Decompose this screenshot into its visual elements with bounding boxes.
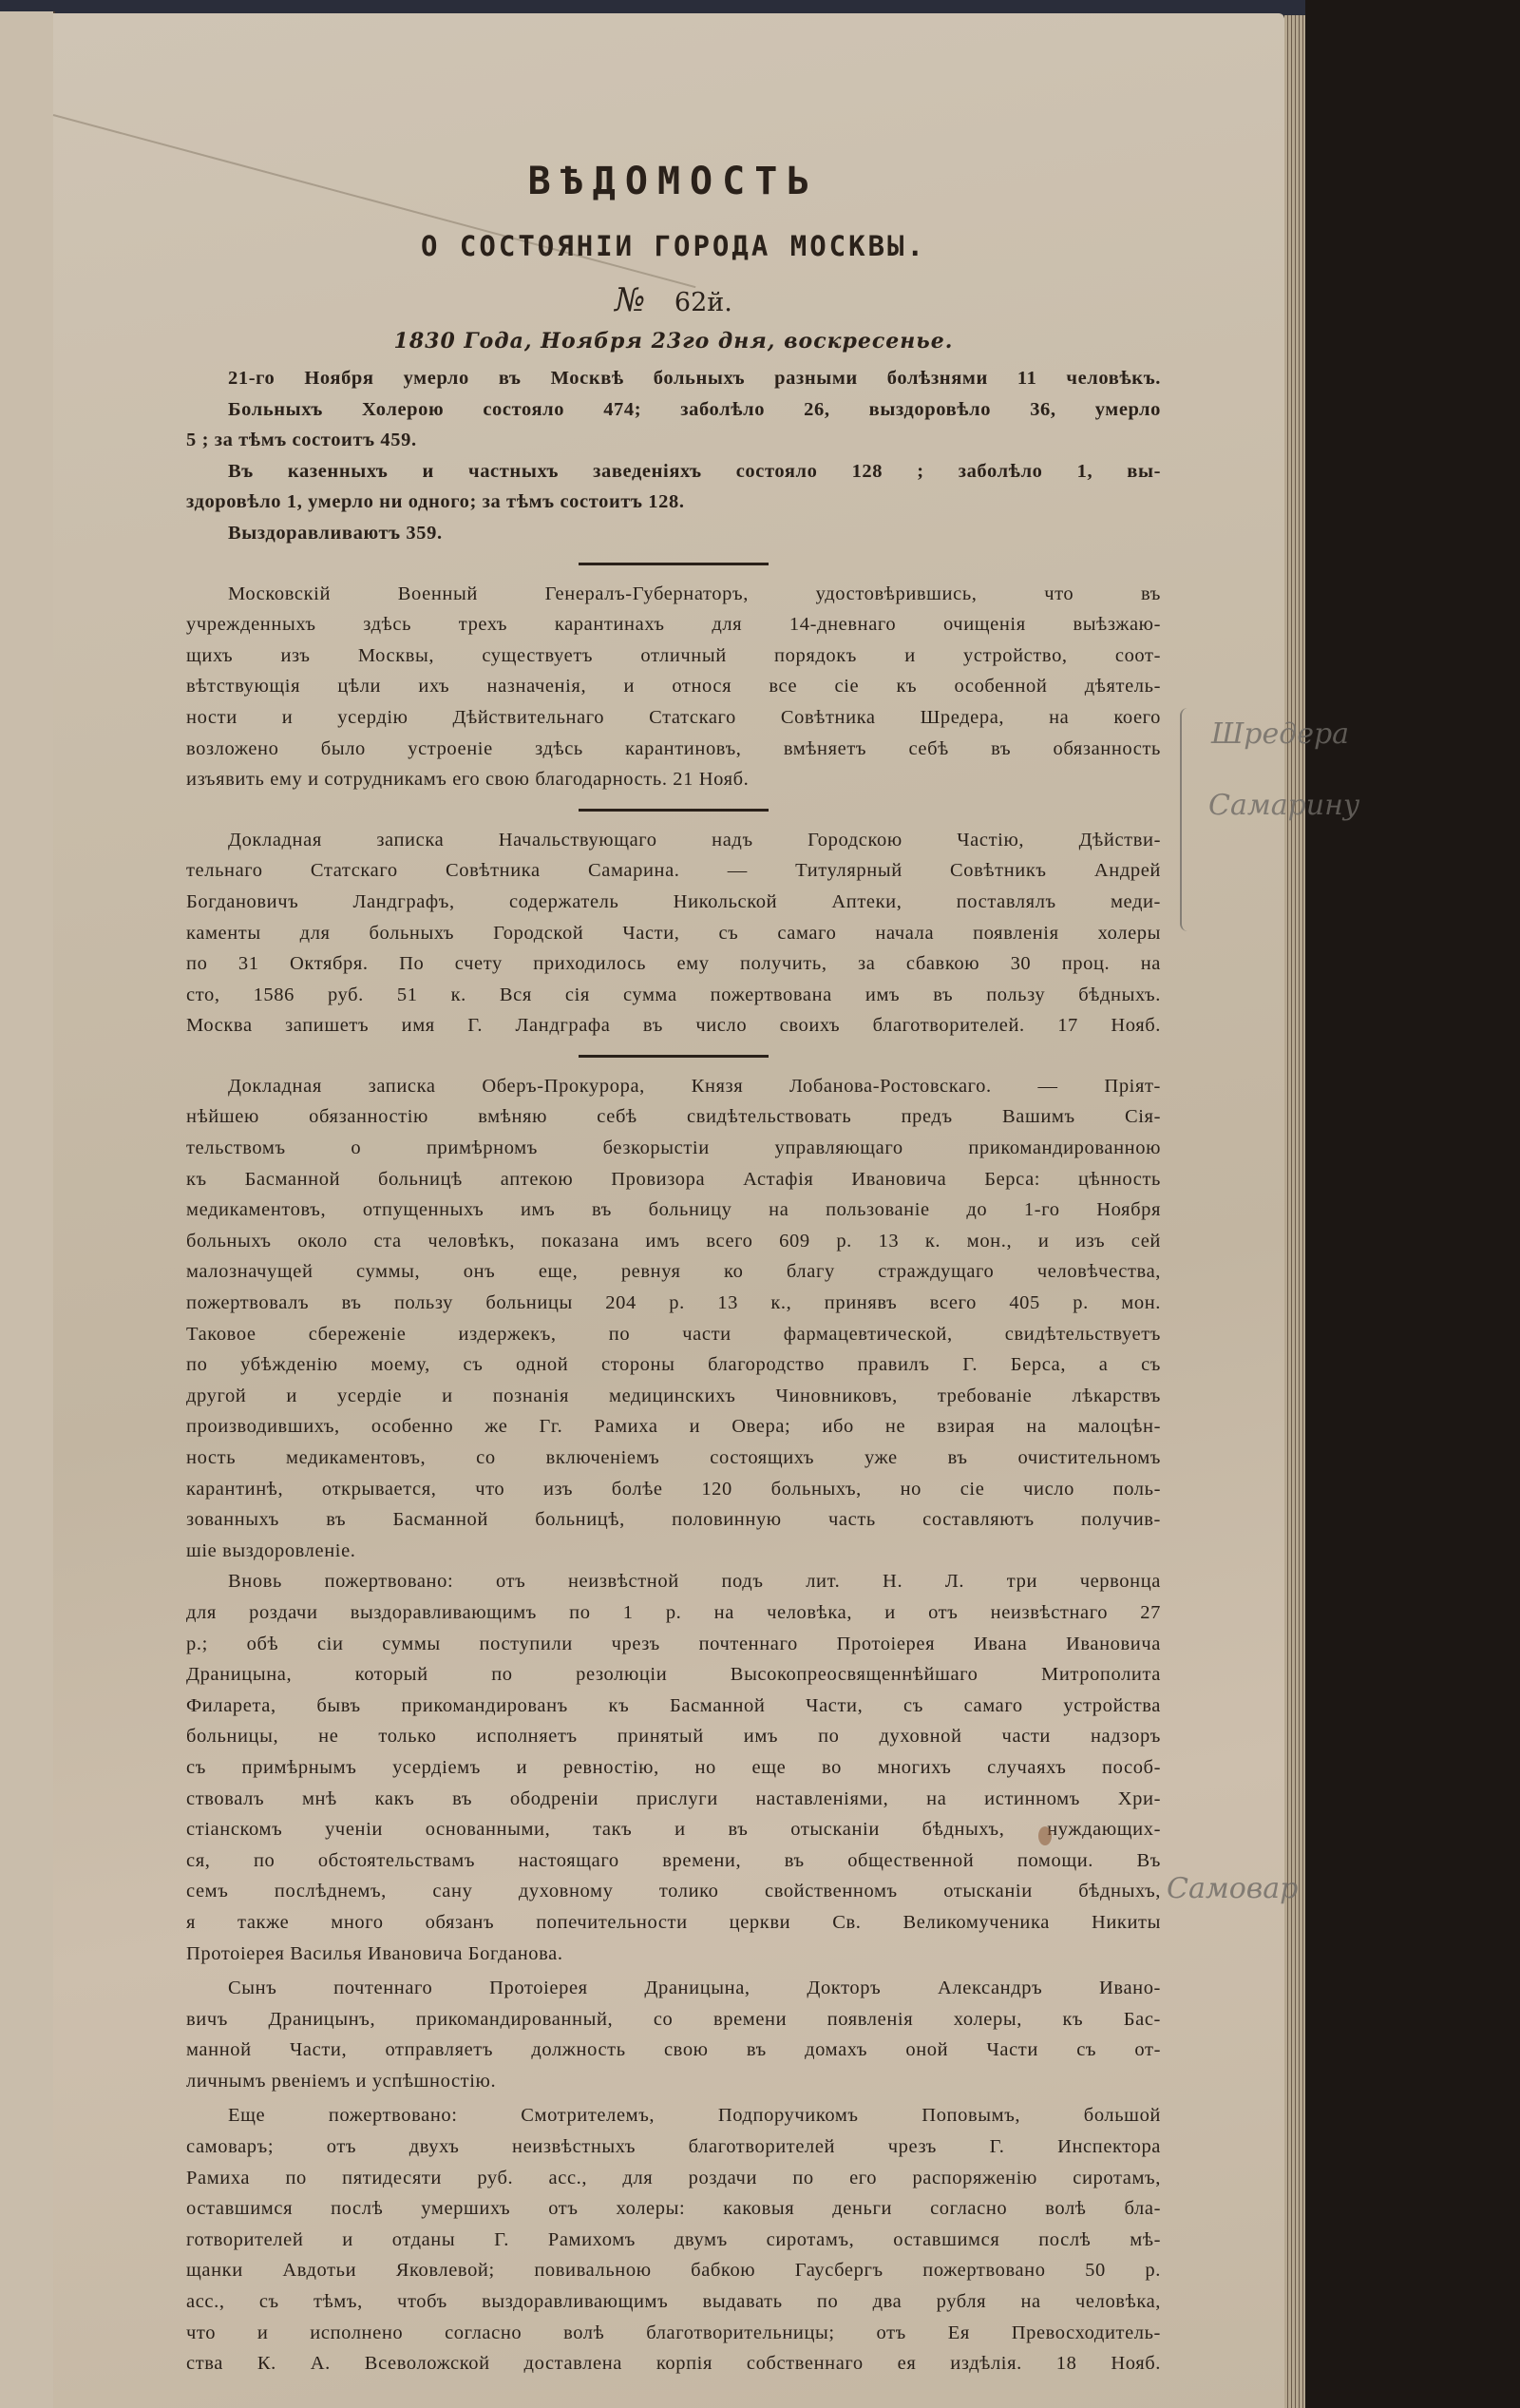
- masthead-subtitle: О СОСТОЯНІИ ГОРОДА МОСКВЫ.: [186, 230, 1161, 270]
- article-line: тельствомъ о примѣрномъ безкорыстіи упра…: [186, 1133, 1161, 1164]
- article-line: Московскій Военный Генералъ-Губернаторъ,…: [186, 579, 1161, 610]
- bulletin-line: 21-го Ноября умерло въ Москвѣ больныхъ р…: [186, 363, 1161, 394]
- article-line: больницы, не только исполняетъ принятый …: [186, 1721, 1161, 1752]
- bulletin-line: Въ казенныхъ и частныхъ заведеніяхъ сост…: [186, 456, 1161, 487]
- margin-note-pencil: Шредера: [1211, 717, 1349, 751]
- article-line: зованныхъ въ Басманной больницѣ, половин…: [186, 1504, 1161, 1536]
- article-line: личнымъ рвеніемъ и успѣшностію.: [186, 2066, 1161, 2097]
- article-line: сто, 1586 руб. 51 к. Вся сія сумма пожер…: [186, 980, 1161, 1011]
- article-more-donations: Еще пожертвовано: Смотрителемъ, Подпоруч…: [186, 2100, 1161, 2379]
- page-stack-edge: [1284, 15, 1305, 2408]
- article-samarin: Докладная записка Начальствующаго надъ Г…: [186, 825, 1161, 1042]
- bulletin-block: 21-го Ноября умерло въ Москвѣ больныхъ р…: [186, 363, 1161, 549]
- article-line: пожертвовалъ въ пользу больницы 204 р. 1…: [186, 1288, 1161, 1319]
- article-line: ся, по обстоятельствамъ настоящаго време…: [186, 1845, 1161, 1877]
- article-line: щанки Авдотьи Яковлевой; повивальною баб…: [186, 2255, 1161, 2286]
- article-line: Драницына, который по резолюціи Высокопр…: [186, 1659, 1161, 1691]
- margin-note-pencil: Самовар: [1167, 1872, 1298, 1905]
- article-line: Сынъ почтеннаго Протоіерея Драницына, До…: [186, 1973, 1161, 2004]
- article-line: р.; обѣ сіи суммы поступили чрезъ почтен…: [186, 1629, 1161, 1660]
- issue-number: № 62й.: [186, 281, 1161, 317]
- margin-note-pencil: Самарину: [1208, 789, 1359, 822]
- article-line: готворителей и отданы Г. Рамихомъ двумъ …: [186, 2225, 1161, 2256]
- article-line: Филарета, бывъ прикомандированъ къ Басма…: [186, 1691, 1161, 1722]
- article-line: Еще пожертвовано: Смотрителемъ, Подпоруч…: [186, 2100, 1161, 2131]
- article-line: медикаментовъ, отпущенныхъ имъ въ больни…: [186, 1194, 1161, 1226]
- article-line: учрежденныхъ здѣсь трехъ карантинахъ для…: [186, 609, 1161, 640]
- article-line: вѣтствующія цѣли ихъ назначенія, и относ…: [186, 671, 1161, 702]
- issue-number-value: 62й.: [674, 288, 732, 317]
- article-line: оставшимся послѣ умершихъ отъ холеры: ка…: [186, 2193, 1161, 2225]
- article-line: стіанскомъ ученіи основанными, такъ и въ…: [186, 1814, 1161, 1845]
- article-line: ность медикаментовъ, со включеніемъ сост…: [186, 1443, 1161, 1474]
- article-line: карантинѣ, открывается, что изъ болѣе 12…: [186, 1474, 1161, 1505]
- article-governor: Московскій Военный Генералъ-Губернаторъ,…: [186, 579, 1161, 795]
- document-body: ВѢДОМОСТЬ О СОСТОЯНІИ ГОРОДА МОСКВЫ. № 6…: [186, 143, 1161, 2379]
- article-line: тельнаго Статскаго Совѣтника Самарина. —…: [186, 855, 1161, 887]
- article-line: что и исполнено согласно волѣ благотвори…: [186, 2318, 1161, 2349]
- article-line: ства К. А. Всеволожской доставлена корпі…: [186, 2348, 1161, 2379]
- section-divider: [579, 809, 769, 812]
- article-line: для роздачи выздоравливающимъ по 1 р. на…: [186, 1597, 1161, 1629]
- facing-page-edge: [0, 11, 55, 2408]
- article-line: изъявить ему и сотрудникамъ его свою бла…: [186, 764, 1161, 795]
- bulletin-line: 5 ; за тѣмъ состоитъ 459.: [186, 425, 1161, 456]
- article-line: малозначущей суммы, онъ еще, ревнуя ко б…: [186, 1256, 1161, 1288]
- article-line: Рамиха по пятидесяти руб. асс., для розд…: [186, 2163, 1161, 2194]
- article-line: Вновь пожертвовано: отъ неизвѣстной подъ…: [186, 1566, 1161, 1597]
- article-line: съ примѣрнымъ усердіемъ и ревностію, но …: [186, 1752, 1161, 1784]
- bulletin-line: Выздоравливаютъ 359.: [186, 518, 1161, 549]
- article-line: нѣйшею обязанностію вмѣняю себѣ свидѣтел…: [186, 1101, 1161, 1133]
- article-line: манной Части, отправляетъ должность свою…: [186, 2035, 1161, 2066]
- bulletin-line: Больныхъ Холерою состояло 474; заболѣло …: [186, 394, 1161, 426]
- pencil-bracket: [1180, 708, 1191, 931]
- article-line: производившихъ, особенно же Гг. Рамиха и…: [186, 1411, 1161, 1443]
- article-line: семъ послѣднемъ, сану духовному толико с…: [186, 1876, 1161, 1907]
- article-line: Таковое сбереженіе издержекъ, по части ф…: [186, 1319, 1161, 1350]
- article-line: Богдановичъ Ландграфъ, содержатель Никол…: [186, 887, 1161, 918]
- article-line: Москва запишетъ имя Г. Ландграфа въ числ…: [186, 1010, 1161, 1042]
- article-dranitsyn: Сынъ почтеннаго Протоіерея Драницына, До…: [186, 1973, 1161, 2096]
- number-sign: №: [615, 281, 645, 319]
- article-line: по убѣжденію моему, съ одной стороны бла…: [186, 1349, 1161, 1381]
- section-divider: [579, 1055, 769, 1058]
- article-line: возложено было устроеніе здѣсь карантино…: [186, 734, 1161, 765]
- article-line: самоваръ; отъ двухъ неизвѣстныхъ благотв…: [186, 2131, 1161, 2163]
- article-line: по 31 Октября. По счету приходилось ему …: [186, 948, 1161, 980]
- section-divider: [579, 563, 769, 565]
- article-line: Докладная записка Оберъ-Прокурора, Князя…: [186, 1071, 1161, 1102]
- bulletin-line: здоровѣло 1, умерло ни одного; за тѣмъ с…: [186, 487, 1161, 518]
- article-line: ствовалъ мнѣ какъ въ ободреніи прислуги …: [186, 1784, 1161, 1815]
- article-donations: Вновь пожертвовано: отъ неизвѣстной подъ…: [186, 1566, 1161, 1969]
- article-line: другой и усердіе и познанія медицинскихъ…: [186, 1381, 1161, 1412]
- article-line: я также много обязанъ попечительности це…: [186, 1907, 1161, 1939]
- scan-background-right: [1305, 0, 1520, 2408]
- article-line: шіе выздоровленіе.: [186, 1536, 1161, 1567]
- article-line: Докладная записка Начальствующаго надъ Г…: [186, 825, 1161, 856]
- article-line: ности и усердію Дѣйствительнаго Статскаг…: [186, 702, 1161, 734]
- article-line: больныхъ около ста человѣкъ, показана им…: [186, 1226, 1161, 1257]
- article-line: щихъ изъ Москвы, существуетъ отличный по…: [186, 640, 1161, 672]
- article-line: Протоіерея Василья Ивановича Богданова.: [186, 1939, 1161, 1970]
- dateline: 1830 Года, Ноября 23го дня, воскресенье.: [186, 329, 1161, 359]
- article-lobanov: Докладная записка Оберъ-Прокурора, Князя…: [186, 1071, 1161, 1567]
- article-line: къ Басманной больницѣ аптекою Провизора …: [186, 1164, 1161, 1195]
- article-line: асс., съ тѣмъ, чтобъ выздоравливающимъ в…: [186, 2286, 1161, 2318]
- article-line: вичъ Драницынъ, прикомандированный, со в…: [186, 2004, 1161, 2035]
- masthead-title: ВѢДОМОСТЬ: [186, 160, 1161, 213]
- article-line: каменты для больныхъ Городской Части, съ…: [186, 918, 1161, 949]
- ink-stain: [1038, 1826, 1052, 1845]
